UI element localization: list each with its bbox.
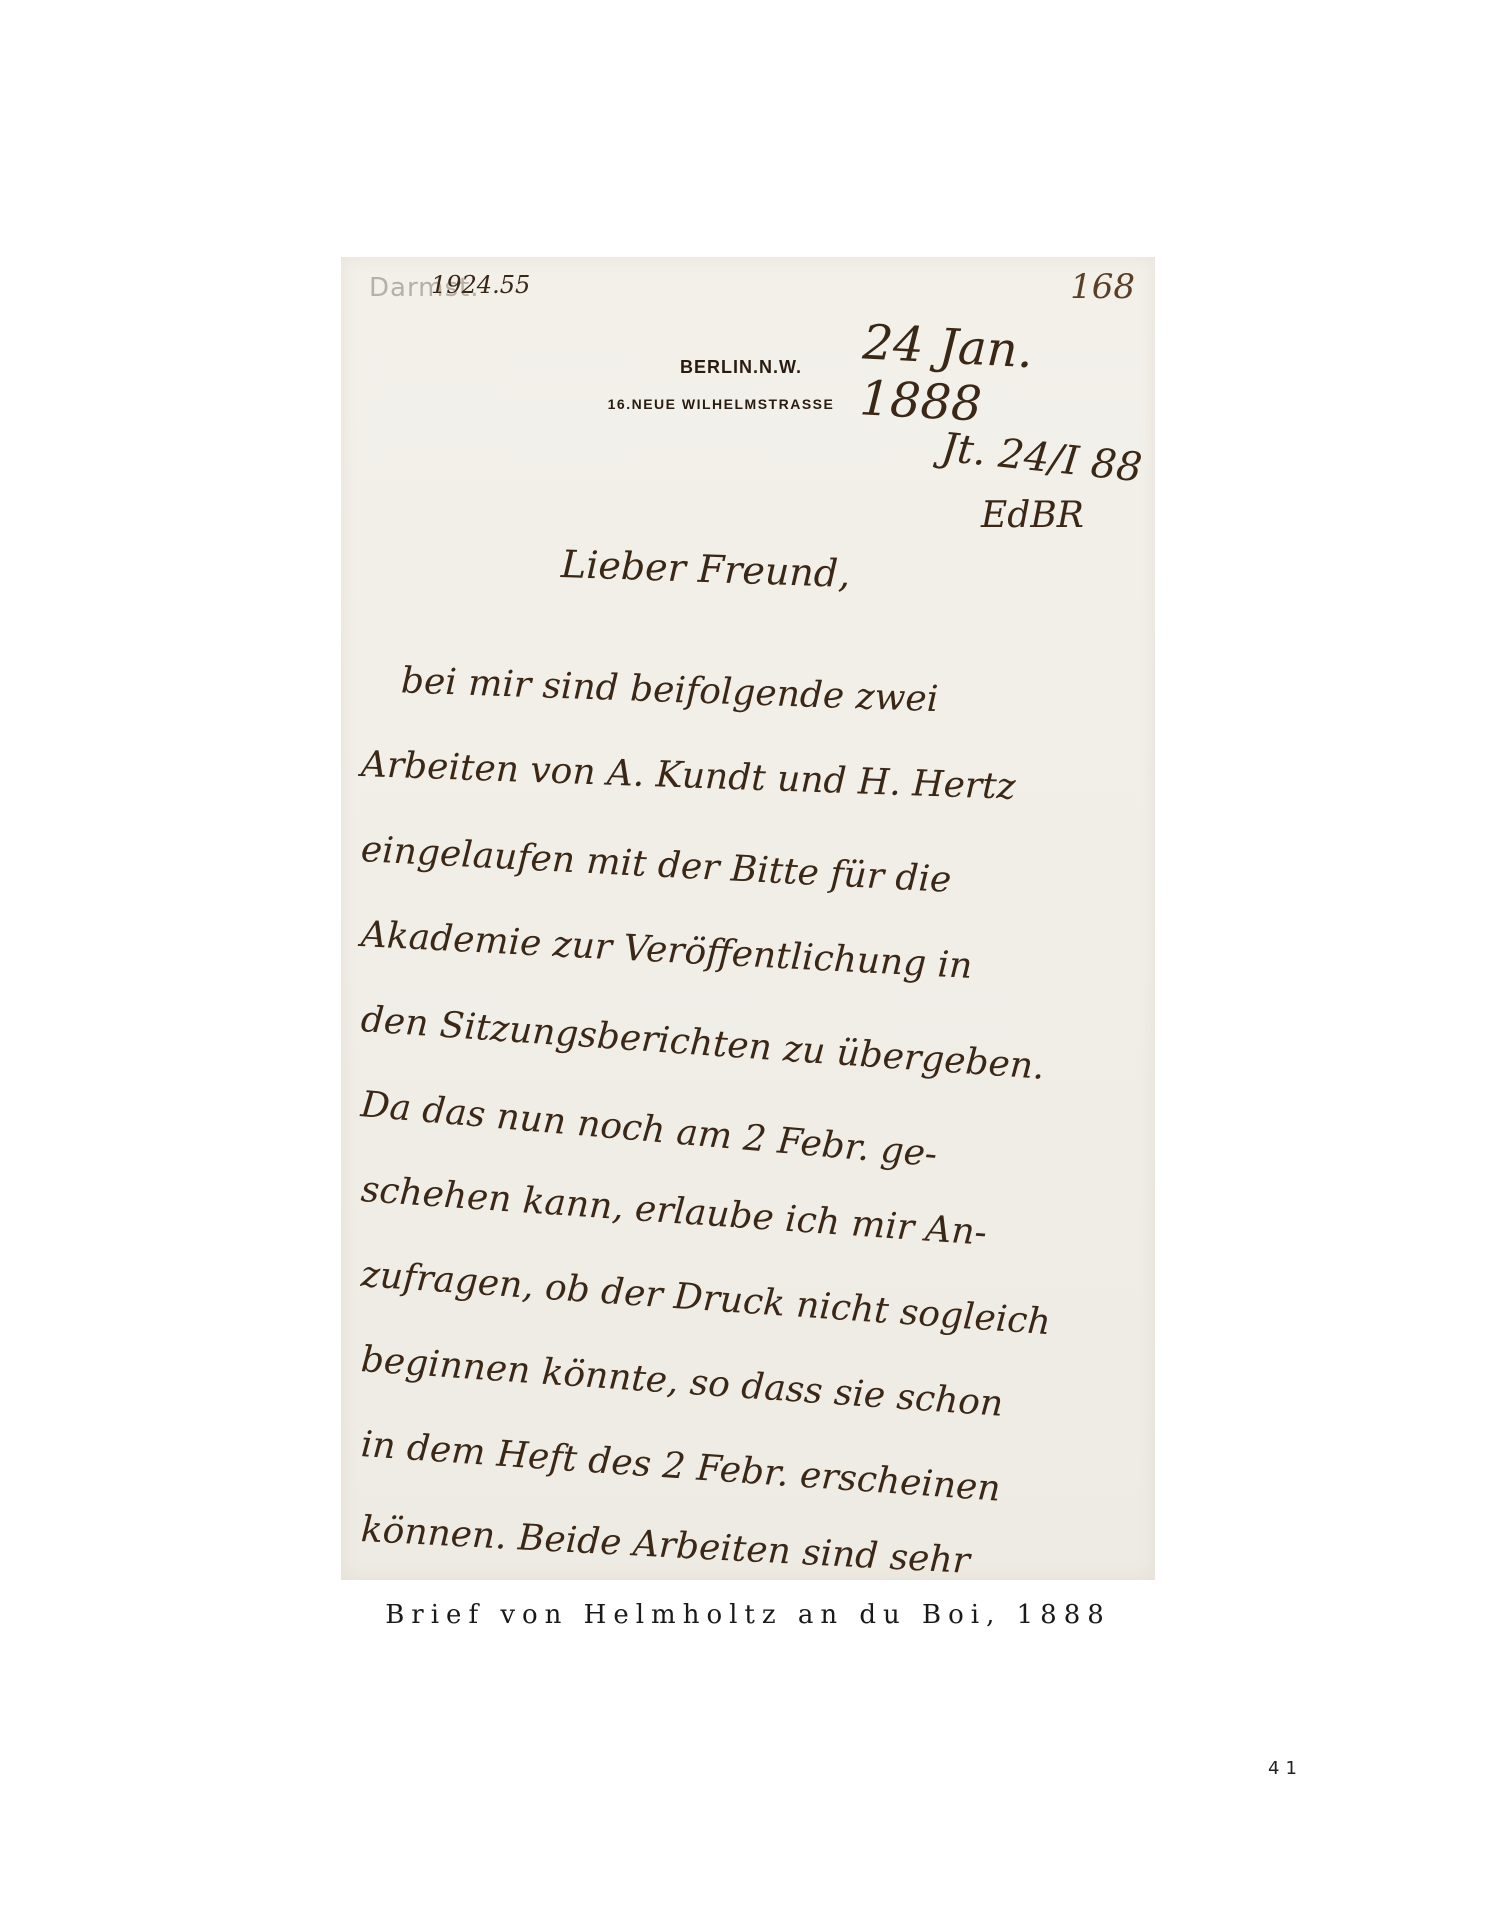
folio-number: 168 bbox=[1070, 267, 1135, 307]
figure-caption: Brief von Helmholtz an du Boi, 1888 bbox=[0, 1600, 1496, 1630]
letter-photograph: Darmst. 1924.55 168 BERLIN.N.W. 16.NEUE … bbox=[341, 257, 1155, 1580]
letterhead: BERLIN.N.W. 16.NEUE WILHELMSTRASSE bbox=[591, 357, 851, 412]
page-number: 41 bbox=[1268, 1758, 1303, 1779]
letter-date: 24 Jan. 1888 bbox=[858, 314, 1155, 441]
recipient-initials: EdBR bbox=[981, 495, 1084, 536]
letterhead-city: BERLIN.N.W. bbox=[631, 357, 851, 378]
salutation: Lieber Freund, bbox=[560, 542, 851, 596]
archive-number: 1924.55 bbox=[431, 271, 530, 299]
letterhead-address: 16.NEUE WILHELMSTRASSE bbox=[591, 396, 851, 412]
letter-body: bei mir sind beifolgende zwei Arbeiten v… bbox=[361, 637, 1141, 1580]
